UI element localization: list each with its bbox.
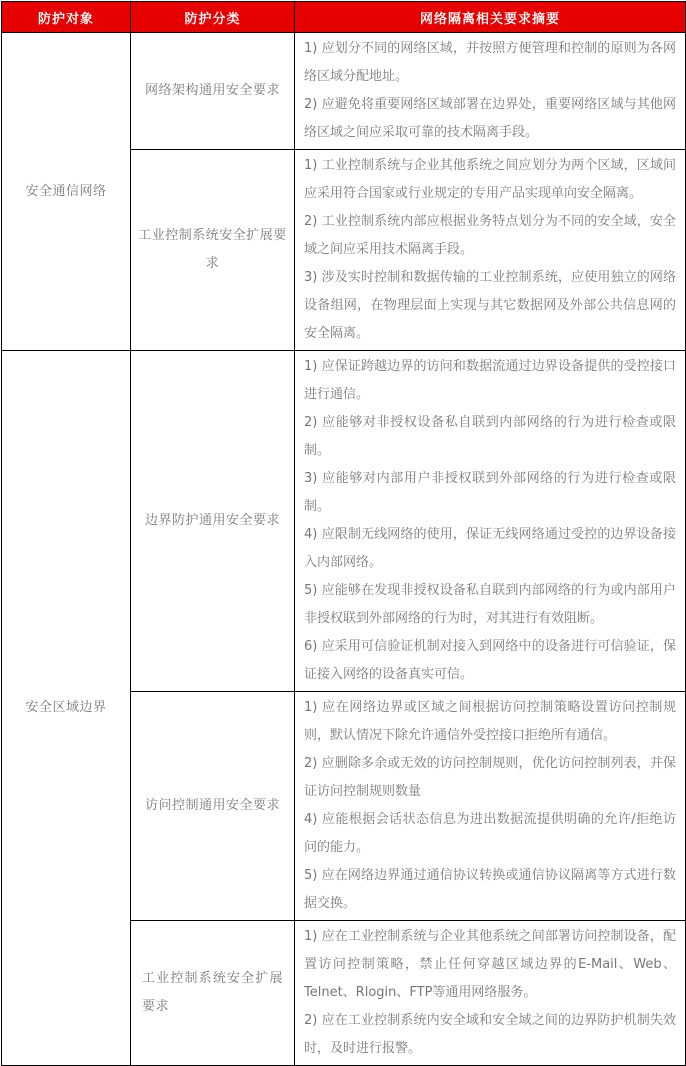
requirement-point: 6) 应采用可信验证机制对接入到网络中的设备进行可信验证，保证接入网络的设备真实… xyxy=(304,633,676,689)
table-row: 安全通信网络 网络架构通用安全要求 1) 应划分不同的网络区域，并按照方便管理和… xyxy=(2,33,686,150)
requirement-point: 2) 应能够对非授权设备私自联到内部网络的行为进行检查或限制。 xyxy=(304,409,676,465)
cell-object-secure-communication-network: 安全通信网络 xyxy=(2,33,131,351)
cell-category-access-control: 访问控制通用安全要求 xyxy=(131,692,295,921)
cell-category-ics-extension-1: 工业控制系统安全扩展要求 xyxy=(131,150,295,351)
cell-object-secure-area-boundary: 安全区域边界 xyxy=(2,351,131,1066)
cell-requirements-ics-extension-1: 1) 工业控制系统与企业其他系统之间应划分为两个区域，区域间应采用符合国家或行业… xyxy=(295,150,686,351)
requirement-point: 2) 应避免将重要网络区域部署在边界处，重要网络区域与其他网络区域之间应采取可靠… xyxy=(304,91,676,147)
requirement-point: 2) 工业控制系统内部应根据业务特点划分为不同的安全域，安全域之间应采用技术隔离… xyxy=(304,208,676,264)
requirement-point: 3) 应能够对内部用户非授权联到外部网络的行为进行检查或限制。 xyxy=(304,465,676,521)
requirement-point: 2) 应在工业控制系统内安全域和安全域之间的边界防护机制失效时，及时进行报警。 xyxy=(304,1007,676,1063)
requirement-point: 5) 应在网络边界通过通信协议转换或通信协议隔离等方式进行数据交换。 xyxy=(304,862,676,918)
requirement-point: 1) 应在网络边界或区域之间根据访问控制策略设置访问控制规则，默认情况下除允许通… xyxy=(304,694,676,750)
requirement-point: 1) 应划分不同的网络区域，并按照方便管理和控制的原则为各网络区域分配地址。 xyxy=(304,35,676,91)
requirement-point: 1) 应保证跨越边界的访问和数据流通过边界设备提供的受控接口进行通信。 xyxy=(304,353,676,409)
table-header-row: 防护对象 防护分类 网络隔离相关要求摘要 xyxy=(2,2,686,33)
cell-requirements-access-control: 1) 应在网络边界或区域之间根据访问控制策略设置访问控制规则，默认情况下除允许通… xyxy=(295,692,686,921)
header-protection-object: 防护对象 xyxy=(2,2,131,33)
cell-category-network-architecture: 网络架构通用安全要求 xyxy=(131,33,295,150)
requirement-point: 1) 应在工业控制系统与企业其他系统之间部署访问控制设备，配置访问控制策略，禁止… xyxy=(304,923,676,1007)
requirement-point: 1) 工业控制系统与企业其他系统之间应划分为两个区域，区域间应采用符合国家或行业… xyxy=(304,152,676,208)
requirement-point: 4) 应能根据会话状态信息为进出数据流提供明确的允许/拒绝访问的能力。 xyxy=(304,806,676,862)
cell-category-ics-extension-2: 工业控制系统安全扩展要求 xyxy=(131,921,295,1066)
cell-category-boundary-protection: 边界防护通用安全要求 xyxy=(131,351,295,692)
table-row: 安全区域边界 边界防护通用安全要求 1) 应保证跨越边界的访问和数据流通过边界设… xyxy=(2,351,686,692)
document-page: 防护对象 防护分类 网络隔离相关要求摘要 安全通信网络 网络架构通用安全要求 1… xyxy=(0,0,686,957)
cell-requirements-boundary-protection: 1) 应保证跨越边界的访问和数据流通过边界设备提供的受控接口进行通信。 2) 应… xyxy=(295,351,686,692)
requirement-point: 2) 应删除多余或无效的访问控制规则，优化访问控制列表，并保证访问控制规则数量 xyxy=(304,750,676,806)
requirement-point: 4) 应限制无线网络的使用，保证无线网络通过受控的边界设备接入内部网络。 xyxy=(304,521,676,577)
header-protection-category: 防护分类 xyxy=(131,2,295,33)
requirement-point: 3) 涉及实时控制和数据传输的工业控制系统，应使用独立的网络设备组网，在物理层面… xyxy=(304,264,676,348)
header-isolation-requirements: 网络隔离相关要求摘要 xyxy=(295,2,686,33)
network-isolation-requirements-table: 防护对象 防护分类 网络隔离相关要求摘要 安全通信网络 网络架构通用安全要求 1… xyxy=(1,1,686,1066)
requirement-point: 5) 应能够在发现非授权设备私自联到内部网络的行为或内部用户非授权联到外部网络的… xyxy=(304,577,676,633)
cell-requirements-network-architecture: 1) 应划分不同的网络区域，并按照方便管理和控制的原则为各网络区域分配地址。 2… xyxy=(295,33,686,150)
cell-requirements-ics-extension-2: 1) 应在工业控制系统与企业其他系统之间部署访问控制设备，配置访问控制策略，禁止… xyxy=(295,921,686,1066)
